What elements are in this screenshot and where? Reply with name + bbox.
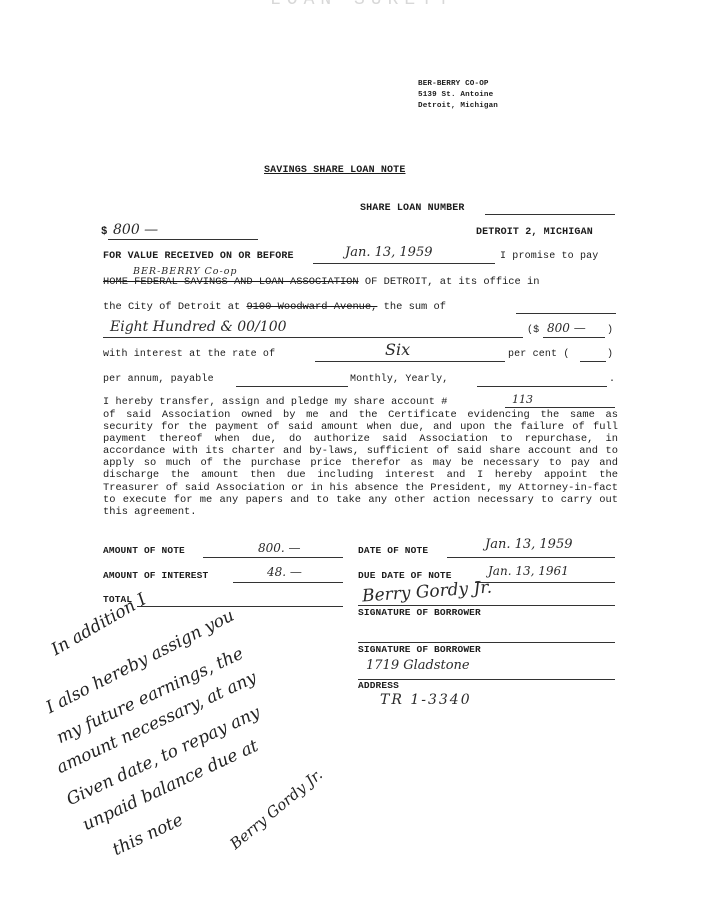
payee-suffix: OF DETROIT, at its office in xyxy=(359,276,540,288)
struck-address: 9100 Woodward Avenue, xyxy=(246,301,377,313)
amount-handwritten: 800 — xyxy=(113,222,158,238)
sum-words-handwritten: Eight Hundred & 00/100 xyxy=(110,319,287,335)
letterhead-city: Detroit, Michigan xyxy=(418,102,498,110)
amount-of-note-value: 800. — xyxy=(258,541,301,555)
interest-rate-handwritten: Six xyxy=(385,340,410,359)
frequency-line xyxy=(477,386,607,387)
per-annum-label: per annum, payable xyxy=(103,374,214,385)
account-number-handwritten: 113 xyxy=(512,393,533,406)
sum-figure-suffix: ) xyxy=(607,325,613,336)
letterhead-name: BER-BERRY CO-OP xyxy=(418,80,489,88)
per-cent-close: ) xyxy=(607,349,613,360)
due-date-value: Jan. 13, 1961 xyxy=(488,564,569,578)
interest-label: with interest at the rate of xyxy=(103,349,275,360)
date-of-note-label: DATE OF NOTE xyxy=(358,545,428,556)
pledge-body: of said Association owned by me and the … xyxy=(103,409,618,518)
interest-rate-line xyxy=(315,361,505,362)
amount-of-note-label: AMOUNT OF NOTE xyxy=(103,545,185,556)
sum-figure-prefix: ($ xyxy=(527,325,539,336)
city-prefix: the City of Detroit at xyxy=(103,301,240,313)
signature-line-1 xyxy=(358,605,615,606)
note-signature: Berry Gordy Jr. xyxy=(226,765,326,853)
amount-dollar-sign: $ xyxy=(101,226,108,238)
promise-date-handwritten: Jan. 13, 1959 xyxy=(345,245,433,260)
promise-to-pay-label: I promise to pay xyxy=(500,251,598,262)
account-number-line xyxy=(505,407,615,408)
promise-date-line xyxy=(313,263,495,264)
per-cent-field xyxy=(580,361,606,362)
due-date-label: DUE DATE OF NOTE xyxy=(358,570,452,581)
pledge-line-start: I hereby transfer, assign and pledge my … xyxy=(103,397,448,408)
sum-words-line xyxy=(103,337,523,338)
share-loan-number-label: SHARE LOAN NUMBER xyxy=(360,203,465,214)
city-line: the City of Detroit at 9100 Woodward Ave… xyxy=(103,301,446,313)
amount-of-interest-line xyxy=(233,582,343,583)
payee-line: HOME FEDERAL SAVINGS AND LOAN ASSOCIATIO… xyxy=(103,276,539,288)
amount-field-line xyxy=(108,239,258,240)
end-period: . xyxy=(609,374,615,385)
sum-figure-handwritten: 800 — xyxy=(547,321,586,335)
sum-figure-line xyxy=(543,337,605,338)
amount-of-interest-value: 48. — xyxy=(267,565,302,579)
cropped-header-fragment: LOAN SURETY xyxy=(270,0,455,10)
signature-label-1: SIGNATURE OF BORROWER xyxy=(358,607,481,618)
amount-of-note-line xyxy=(203,557,343,558)
document-title: SAVINGS SHARE LOAN NOTE xyxy=(264,165,405,176)
struck-payee: HOME FEDERAL SAVINGS AND LOAN ASSOCIATIO… xyxy=(103,276,359,288)
payable-line xyxy=(236,386,348,387)
date-of-note-line xyxy=(447,557,615,558)
sum-line-start xyxy=(516,313,616,314)
share-loan-number-field xyxy=(485,214,615,215)
per-cent-label: per cent ( xyxy=(508,349,570,360)
signature-line-2 xyxy=(358,642,615,643)
note-line-1: In addition I xyxy=(48,590,150,660)
location: DETROIT 2, MICHIGAN xyxy=(476,227,593,238)
due-date-line xyxy=(475,582,615,583)
handwritten-addendum: In addition I I also hereby assign you m… xyxy=(40,610,370,860)
phone-handwritten: TR 1-3340 xyxy=(380,692,472,708)
date-of-note-value: Jan. 13, 1959 xyxy=(485,537,573,552)
letterhead-street: 5139 St. Antoine xyxy=(418,91,493,99)
amount-of-interest-label: AMOUNT OF INTEREST xyxy=(103,570,208,581)
total-line xyxy=(137,606,343,607)
address-handwritten: 1719 Gladstone xyxy=(366,658,470,673)
frequency-label: Monthly, Yearly, xyxy=(350,374,448,385)
sum-label: the sum of xyxy=(384,301,446,313)
borrower-signature: Berry Gordy Jr. xyxy=(361,577,492,606)
promise-label: FOR VALUE RECEIVED ON OR BEFORE xyxy=(103,251,294,262)
signature-label-2: SIGNATURE OF BORROWER xyxy=(358,644,481,655)
